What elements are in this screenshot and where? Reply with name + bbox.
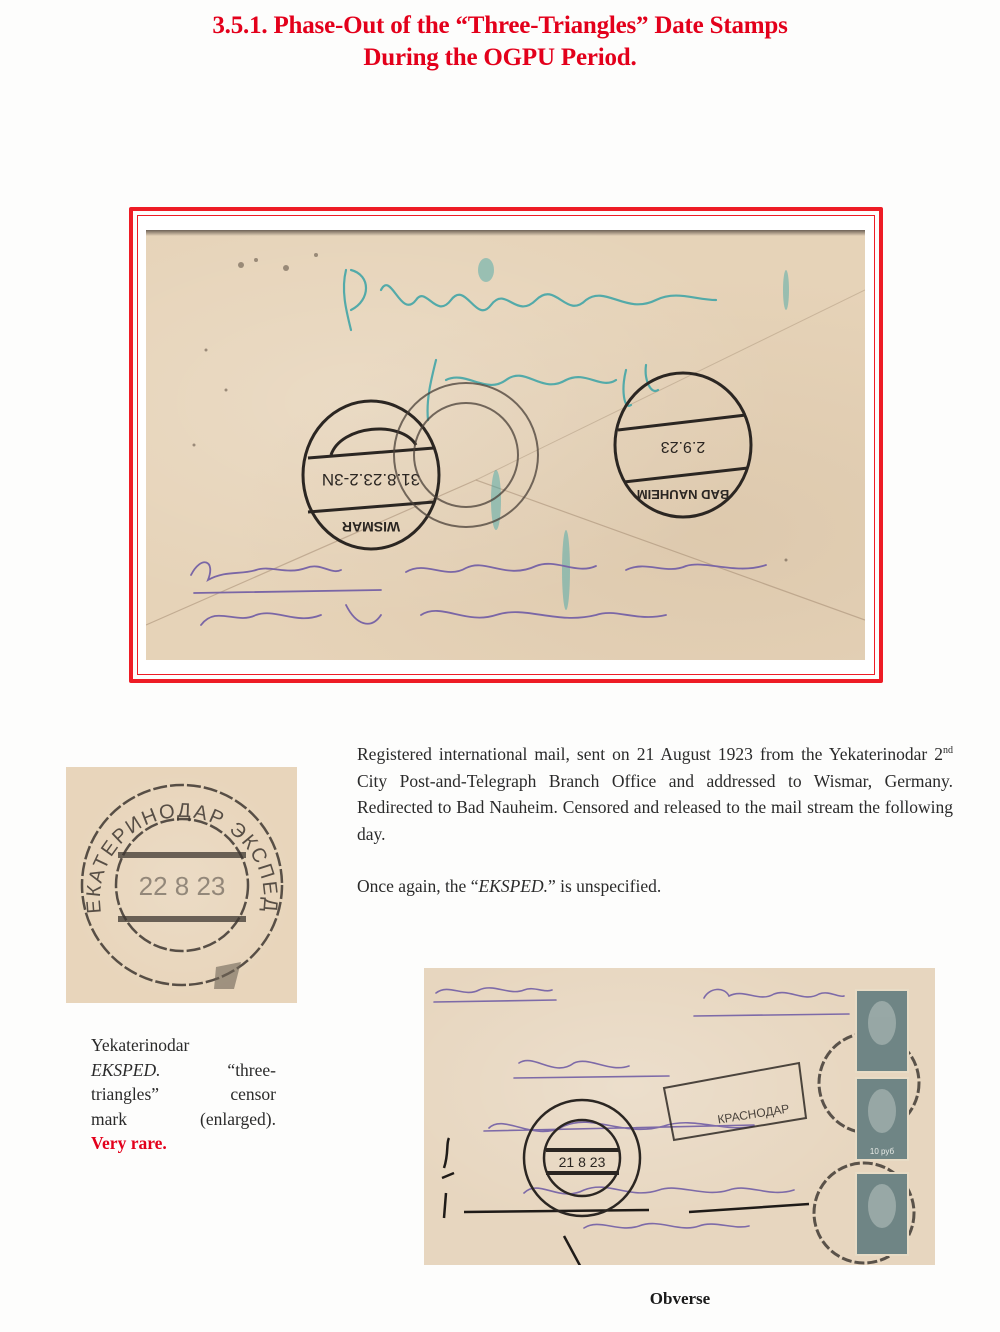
svg-text:21 8 23: 21 8 23 — [559, 1154, 606, 1170]
description-paragraph-1: Registered international mail, sent on 2… — [357, 741, 953, 847]
reverse-cover-image: 31.8.23.2-3N WISMAR 2.9.23 BAD NAUHEIM — [146, 230, 865, 660]
svg-text:31.8.23.2-3N: 31.8.23.2-3N — [322, 470, 420, 489]
closeup-caption: Yekaterinodar EKSPED.“three- triangles”c… — [91, 1033, 276, 1156]
svg-text:10 руб: 10 руб — [870, 1147, 895, 1156]
censor-mark-closeup-image: ЕКАТЕРИНОДАР ЭКСПЕД 22 8 23 — [66, 767, 297, 1003]
cover-description: Registered international mail, sent on 2… — [357, 741, 953, 900]
title-line-1: 3.5.1. Phase-Out of the “Three-Triangles… — [0, 10, 1000, 42]
postage-stamps — [856, 990, 908, 1255]
obverse-label: Obverse — [600, 1289, 760, 1309]
obverse-cover-image: КРАСНОДАР 21 8 23 10 руб — [424, 968, 935, 1265]
svg-text:2.9.23: 2.9.23 — [661, 438, 706, 455]
page-title: 3.5.1. Phase-Out of the “Three-Triangles… — [0, 10, 1000, 74]
svg-text:WISMAR: WISMAR — [342, 519, 400, 535]
svg-text:BAD NAUHEIM: BAD NAUHEIM — [637, 487, 729, 502]
title-line-2: During the OGPU Period. — [0, 42, 1000, 74]
reverse-cover-drawing: 31.8.23.2-3N WISMAR 2.9.23 BAD NAUHEIM — [146, 230, 865, 660]
description-paragraph-2: Once again, the “EKSPED.” is unspecified… — [357, 873, 953, 900]
svg-text:22 8 23: 22 8 23 — [139, 871, 226, 901]
rarity-note: Very rare. — [91, 1131, 167, 1156]
